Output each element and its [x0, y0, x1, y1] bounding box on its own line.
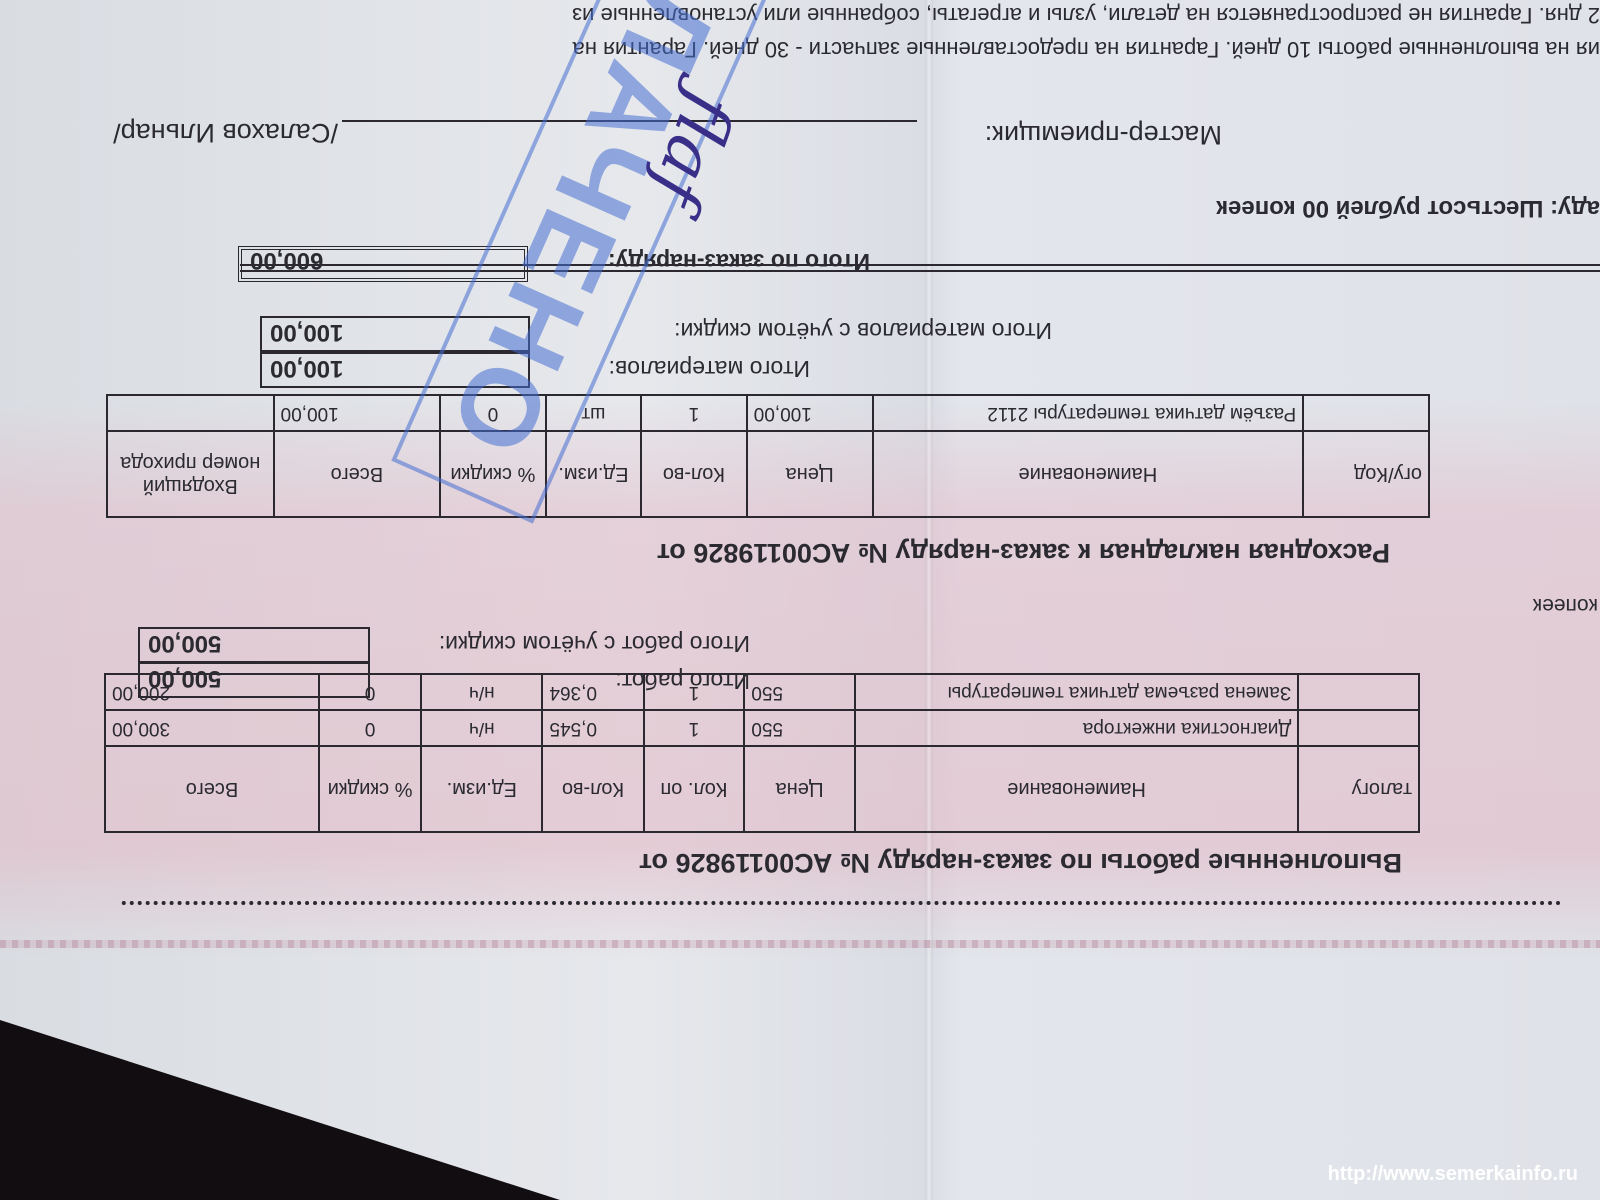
works-title: Выполненные работы по заказ-наряду № АС0…	[639, 847, 1402, 878]
table-row: Разъём датчика температуры 2112 100,00 1…	[107, 395, 1429, 431]
materials-total-discounted-label: Итого материалов с учётом скидки:	[674, 317, 1052, 344]
materials-table: огу/Код Наименование Цена Кол-во Ед.изм.…	[106, 394, 1430, 518]
receiver-name: /Салахов Ильнар/	[113, 117, 338, 148]
col-discount: % скидки	[319, 746, 421, 832]
cell-qty: 0,545	[542, 710, 643, 746]
cell-code	[1298, 710, 1419, 746]
cell-qty: 1	[641, 395, 747, 431]
materials-title: Расходная накладная к заказ-наряду № АС0…	[657, 537, 1390, 568]
col-incoming: Входящий номер прихода	[107, 431, 274, 517]
cell-price: 550	[744, 674, 855, 710]
col-ops: Кол. оп	[644, 746, 745, 832]
col-name: Наименование	[855, 746, 1298, 832]
col-code: талогу	[1298, 746, 1419, 832]
torn-edge	[0, 940, 1600, 948]
cell-code	[1303, 395, 1429, 431]
cell-price: 550	[744, 710, 855, 746]
cell-ops: 1	[644, 710, 745, 746]
works-header-row: талогу Наименование Цена Кол. оп Кол-во …	[105, 746, 1419, 832]
col-code: огу/Код	[1303, 431, 1429, 517]
col-qty: Кол-во	[542, 746, 643, 832]
cell-total: 300,00	[105, 710, 319, 746]
site-watermark: http://www.semerkainfo.ru	[1328, 1163, 1578, 1186]
materials-header-row: огу/Код Наименование Цена Кол-во Ед.изм.…	[107, 431, 1429, 517]
cell-unit: н/ч	[421, 674, 542, 710]
cell-name: Разъём датчика температуры 2112	[873, 395, 1304, 431]
works-total-discounted-value: 500,00	[138, 627, 370, 663]
cell-discount: 0	[319, 710, 421, 746]
col-total: Всего	[105, 746, 319, 832]
col-qty: Кол-во	[641, 431, 747, 517]
kopecks-fragment: копеек	[1533, 593, 1598, 617]
cell-price: 100,00	[747, 395, 873, 431]
col-name: Наименование	[873, 431, 1304, 517]
cell-name: Диагностика инжектора	[855, 710, 1298, 746]
table-row: Диагностика инжектора 550 1 0,545 н/ч 0 …	[105, 710, 1419, 746]
works-total-discounted-label: Итого работ с учётом скидки:	[439, 630, 750, 657]
materials-total-label: Итого материалов:	[609, 355, 810, 382]
cell-unit: н/ч	[421, 710, 542, 746]
cell-incoming	[107, 395, 274, 431]
amount-in-words: аду: Шестьсот рублей 00 копеек	[1216, 194, 1600, 222]
cell-name: Замена разъема датчика температуры	[855, 674, 1298, 710]
col-price: Цена	[744, 746, 855, 832]
tear-off-dotted-line	[120, 901, 1560, 905]
paper-sheet: Выполненные работы по заказ-наряду № АС0…	[0, 0, 1600, 1200]
col-unit: Ед.изм.	[421, 746, 542, 832]
works-total-label: Итого работ:	[615, 667, 750, 694]
work-order-document: Выполненные работы по заказ-наряду № АС0…	[0, 0, 1600, 1200]
works-total-value: 500,00	[138, 662, 370, 698]
cell-code	[1298, 674, 1419, 710]
receiver-label: Мастер-приемщик:	[985, 119, 1222, 150]
col-price: Цена	[747, 431, 873, 517]
